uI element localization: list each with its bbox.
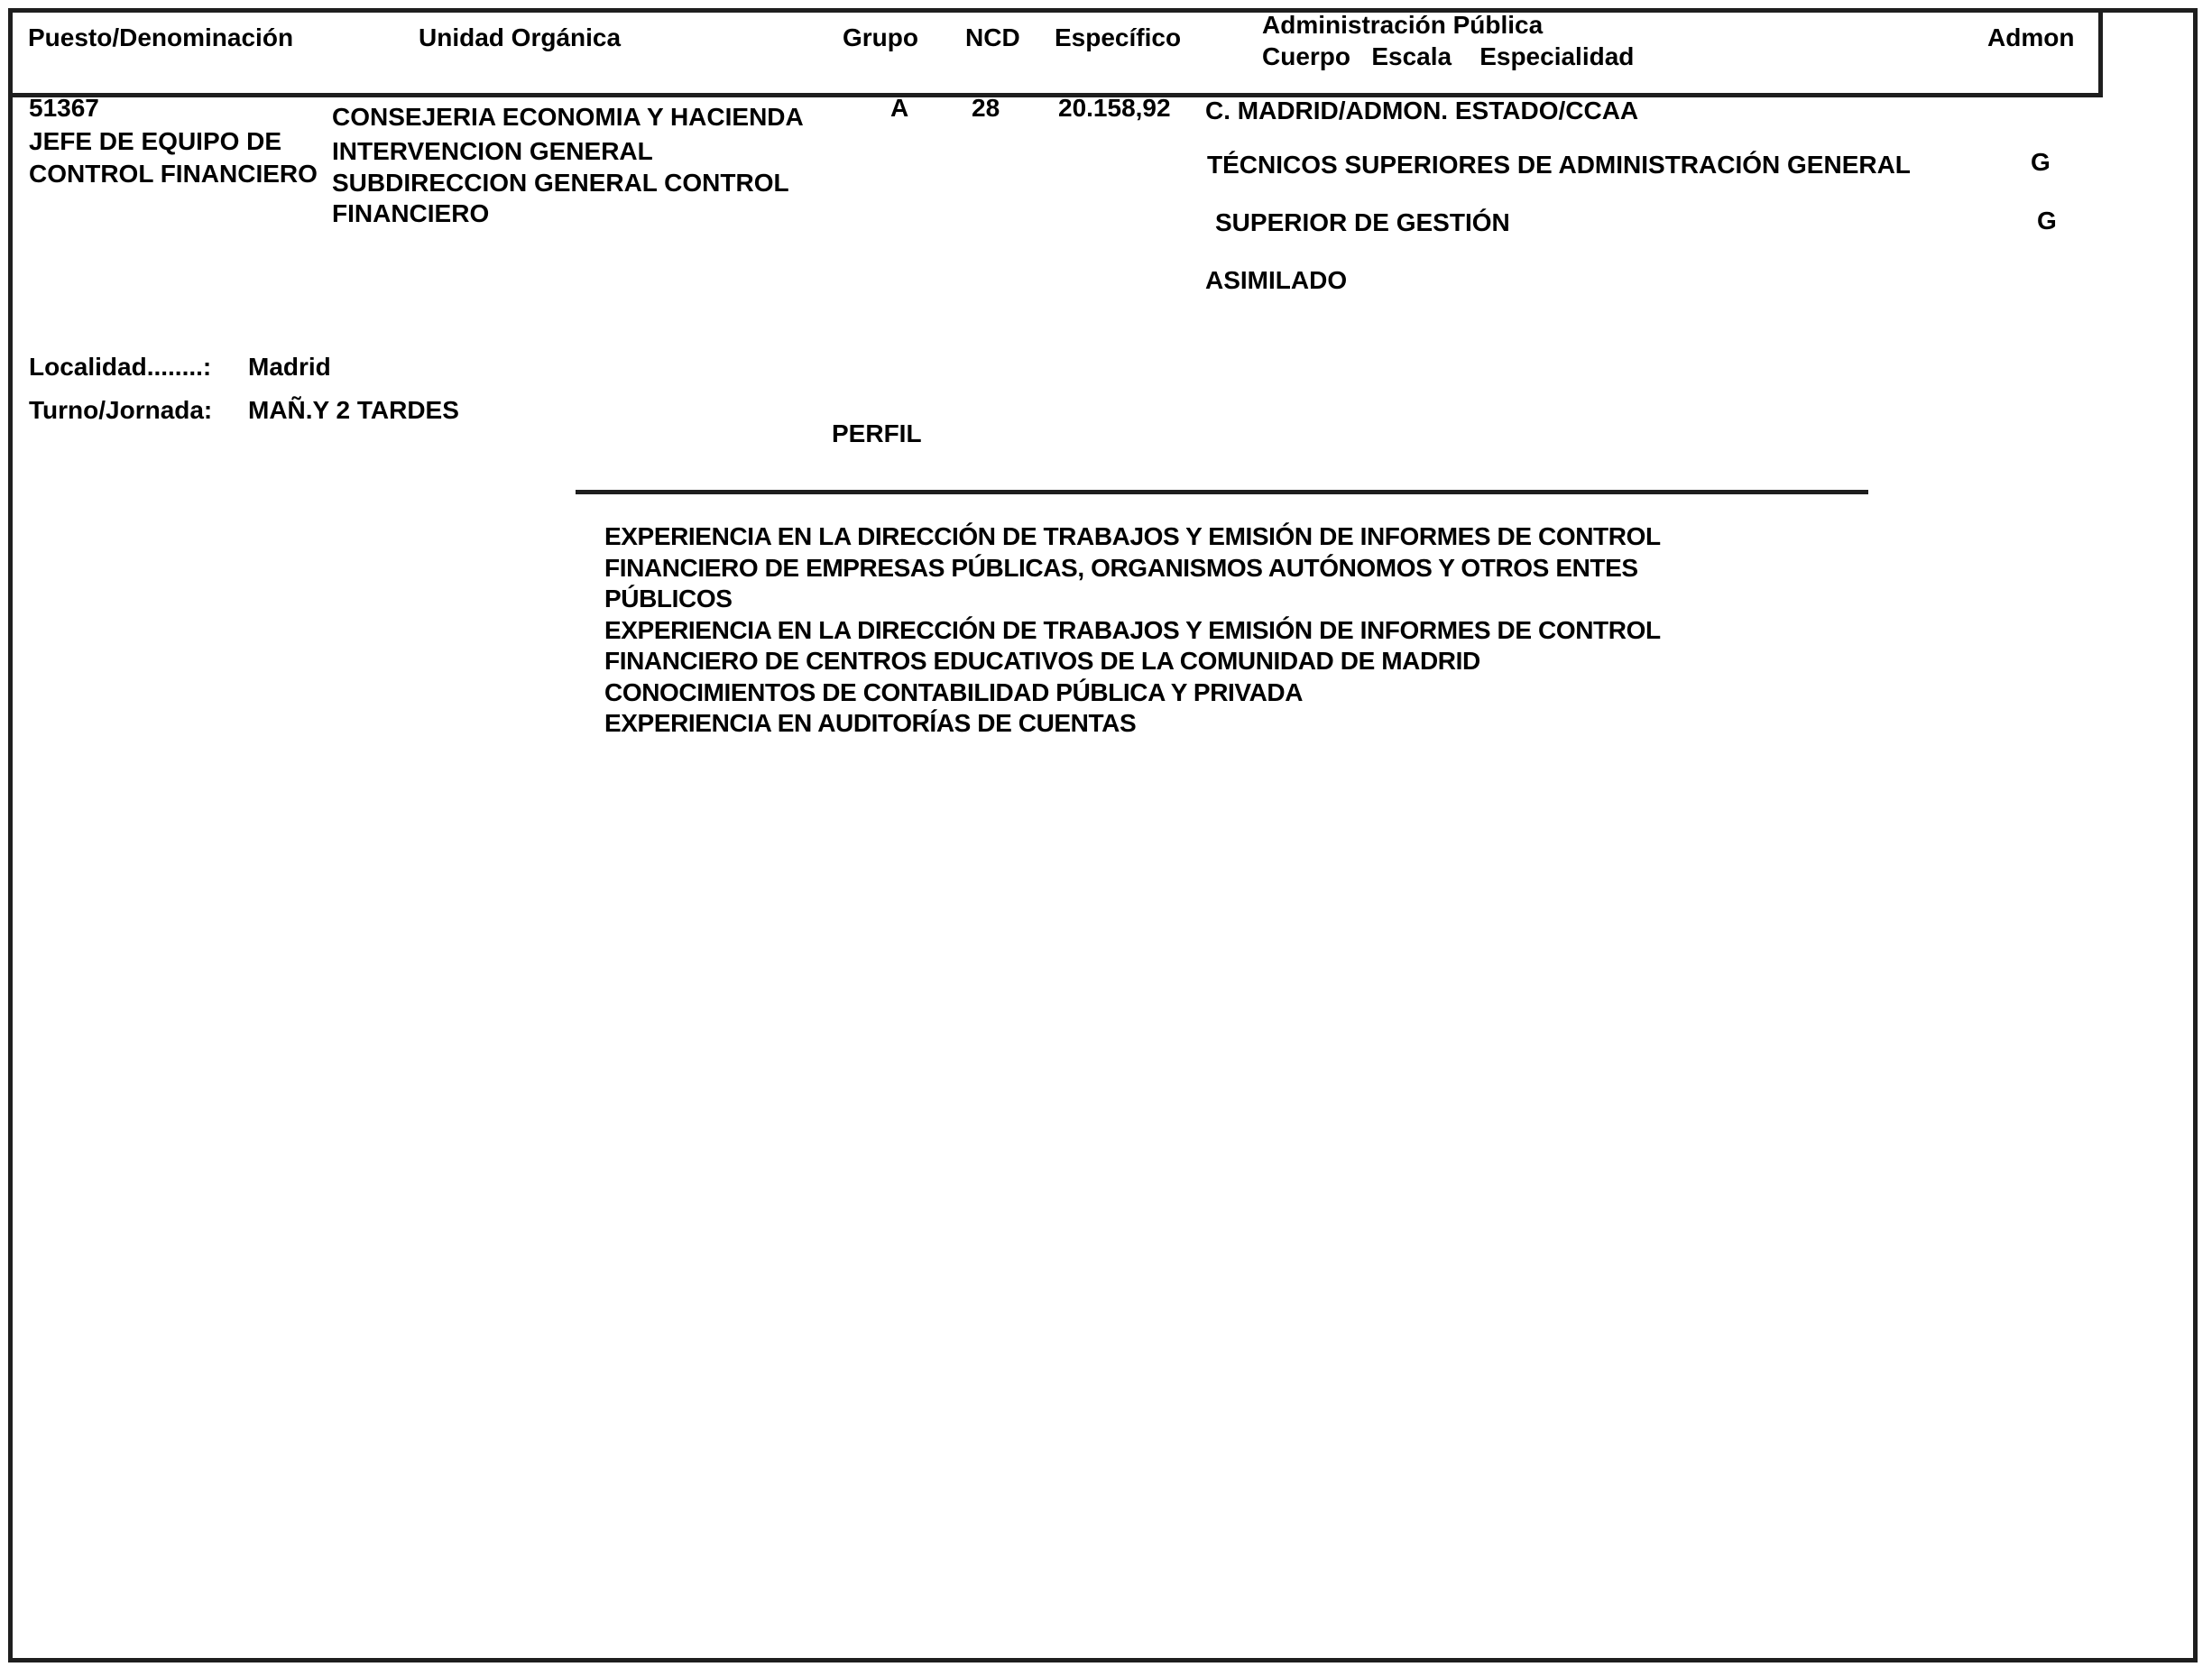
table-header-box <box>8 8 2103 97</box>
perfil-line: CONOCIMIENTOS DE CONTABILIDAD PÚBLICA Y … <box>604 680 1303 705</box>
header-unidad: Unidad Orgánica <box>419 25 621 51</box>
perfil-line: FINANCIERO DE CENTROS EDUCATIVOS DE LA C… <box>604 649 1480 674</box>
grupo-value: A <box>890 96 908 121</box>
asimilado-label: ASIMILADO <box>1205 268 1347 293</box>
unidad-organica-line: CONSEJERIA ECONOMIA Y HACIENDA <box>332 105 804 130</box>
cuerpo-name: TÉCNICOS SUPERIORES DE ADMINISTRACIÓN GE… <box>1207 152 1911 178</box>
perfil-line: PÚBLICOS <box>604 586 732 612</box>
turno-label: Turno/Jornada: <box>29 398 212 423</box>
puesto-denominacion-line: CONTROL FINANCIERO <box>29 161 318 187</box>
header-admin-publica: Administración Pública <box>1262 13 1543 38</box>
perfil-title: PERFIL <box>832 421 922 447</box>
localidad-value: Madrid <box>248 355 331 380</box>
cuerpo-name: SUPERIOR DE GESTIÓN <box>1215 210 1510 235</box>
perfil-line: EXPERIENCIA EN LA DIRECCIÓN DE TRABAJOS … <box>604 524 1661 549</box>
perfil-line: FINANCIERO DE EMPRESAS PÚBLICAS, ORGANIS… <box>604 556 1638 581</box>
perfil-line: EXPERIENCIA EN AUDITORÍAS DE CUENTAS <box>604 711 1136 736</box>
cuerpo-admon: G <box>2031 150 2051 175</box>
cuerpo-admon: G <box>2037 208 2057 234</box>
administracion-value: C. MADRID/ADMON. ESTADO/CCAA <box>1205 98 1638 124</box>
unidad-organica-line: FINANCIERO <box>332 201 489 226</box>
header-ncd: NCD <box>965 25 1020 51</box>
document-frame <box>8 8 2198 1662</box>
especifico-value: 20.158,92 <box>1058 96 1171 121</box>
header-grupo: Grupo <box>843 25 918 51</box>
unidad-organica-line: SUBDIRECCION GENERAL CONTROL <box>332 170 789 196</box>
puesto-denominacion-line: JEFE DE EQUIPO DE <box>29 129 281 154</box>
header-puesto: Puesto/Denominación <box>28 25 293 51</box>
header-admon: Admon <box>1987 25 2074 51</box>
unidad-organica-line: INTERVENCION GENERAL <box>332 139 653 164</box>
perfil-line: EXPERIENCIA EN LA DIRECCIÓN DE TRABAJOS … <box>604 618 1661 643</box>
perfil-divider <box>576 490 1868 494</box>
puesto-codigo: 51367 <box>29 96 99 121</box>
localidad-label: Localidad........: <box>29 355 211 380</box>
header-cuerpo-escala-especialidad: Cuerpo Escala Especialidad <box>1262 44 1634 69</box>
ncd-value: 28 <box>972 96 1000 121</box>
turno-value: MAÑ.Y 2 TARDES <box>248 398 459 423</box>
header-especifico: Específico <box>1055 25 1181 51</box>
